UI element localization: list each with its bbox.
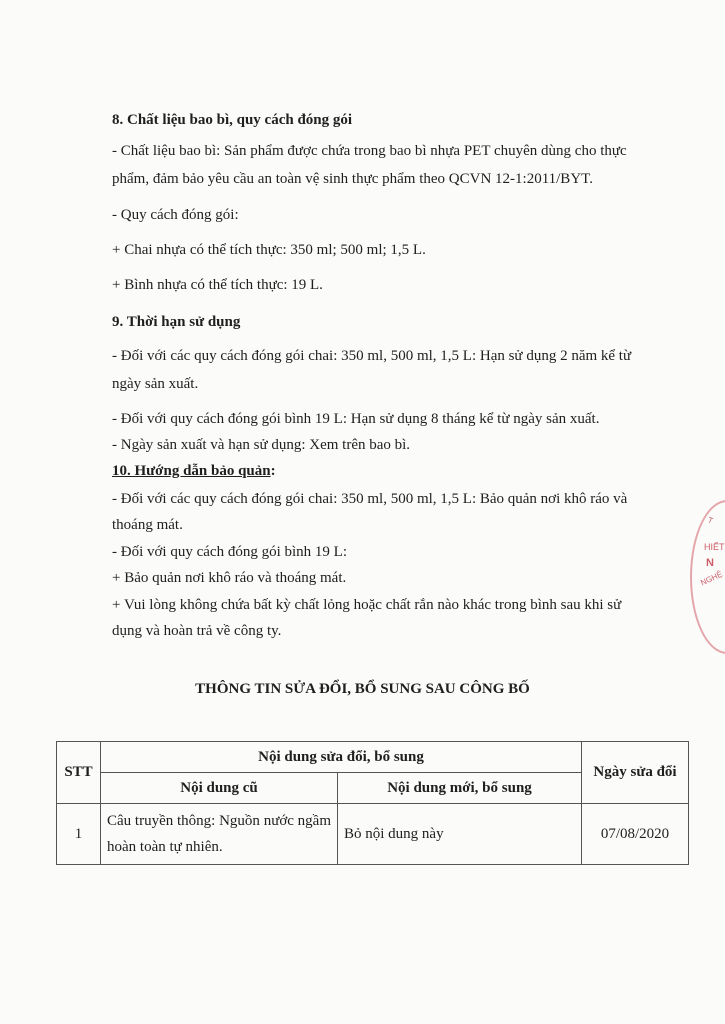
section-9-heading: 9. Thời hạn sử dụng <box>112 313 240 331</box>
stamp-bottom-text: NGHỆ <box>699 570 724 588</box>
section-10-line: + Bảo quản nơi khô ráo và thoáng mát. <box>112 569 346 587</box>
stamp-center-text: N <box>706 557 714 569</box>
document-page: 8. Chất liệu bao bì, quy cách đóng gói -… <box>0 0 725 1024</box>
section-10-line: dụng và hoàn trả về công ty. <box>112 622 281 640</box>
header-stt: STT <box>57 742 101 804</box>
section-8-heading: 8. Chất liệu bao bì, quy cách đóng gói <box>112 111 352 129</box>
cell-old-content: Câu truyền thông: Nguồn nước ngầm hoàn t… <box>101 804 338 865</box>
stamp-mid-text: HIẾT <box>704 542 725 552</box>
section-8-line: phẩm, đảm bảo yêu cầu an toàn vệ sinh th… <box>112 170 593 188</box>
section-10-heading-text: 10. Hướng dẫn bảo quản <box>112 463 271 479</box>
header-date: Ngày sửa đổi <box>582 742 689 804</box>
revision-table: STT Nội dung sửa đổi, bổ sung Ngày sửa đ… <box>56 741 689 865</box>
section-9-line: - Ngày sản xuất và hạn sử dụng: Xem trên… <box>112 436 410 454</box>
section-10-line: thoáng mát. <box>112 516 183 534</box>
section-8-line: + Chai nhựa có thể tích thực: 350 ml; 50… <box>112 241 426 259</box>
section-8-line: - Quy cách đóng gói: <box>112 206 239 224</box>
section-9-line: ngày sản xuất. <box>112 375 198 393</box>
cell-date: 07/08/2020 <box>582 804 689 865</box>
section-8-line: - Chất liệu bao bì: Sản phẩm được chứa t… <box>112 142 627 160</box>
section-10-line: + Vui lòng không chứa bất kỳ chất lỏng h… <box>112 596 621 614</box>
section-8-line: + Bình nhựa có thể tích thực: 19 L. <box>112 276 323 294</box>
section-10-heading-colon: : <box>271 463 276 479</box>
section-10-line: - Đối với các quy cách đóng gói chai: 35… <box>112 490 627 508</box>
section-10-line: - Đối với quy cách đóng gói bình 19 L: <box>112 543 347 561</box>
section-9-line: - Đối với các quy cách đóng gói chai: 35… <box>112 347 631 365</box>
table-row: 1 Câu truyền thông: Nguồn nước ngầm hoàn… <box>57 804 689 865</box>
header-old: Nội dung cũ <box>101 773 338 804</box>
section-10-heading: 10. Hướng dẫn bảo quản: <box>112 462 276 480</box>
official-stamp: T HIẾT N NGHỆ <box>690 500 725 654</box>
revision-title: THÔNG TIN SỬA ĐỔI, BỔ SUNG SAU CÔNG BỐ <box>0 680 725 698</box>
header-group: Nội dung sửa đổi, bổ sung <box>101 742 582 773</box>
cell-stt: 1 <box>57 804 101 865</box>
stamp-top-text: T <box>707 515 715 525</box>
section-9-line: - Đối với quy cách đóng gói bình 19 L: H… <box>112 410 599 428</box>
cell-new-content: Bỏ nội dung này <box>338 804 582 865</box>
header-new: Nội dung mới, bổ sung <box>338 773 582 804</box>
